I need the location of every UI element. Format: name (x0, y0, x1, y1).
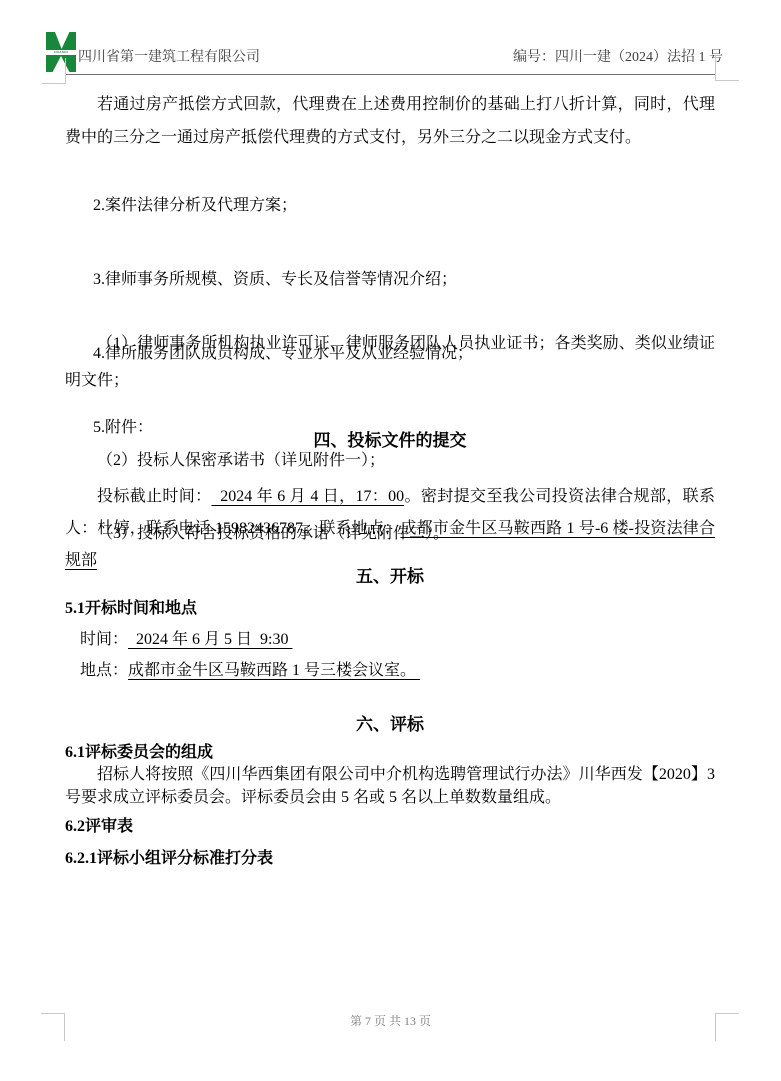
header-divider (65, 74, 715, 75)
bid-opening-place-row: 地点：成都市金牛区马鞍西路 1 号三楼会议室。 (80, 659, 720, 683)
bid-opening-time-row: 时间： 2024 年 6 月 5 日 9:30 (80, 628, 720, 652)
header-doc-number: 编号：四川一建（2024）法招 1 号 (513, 46, 723, 66)
logo-top-notch (46, 32, 76, 50)
list-item: 2.案件法律分析及代理方案； (65, 194, 715, 218)
header-company-name: 四川省第一建筑工程有限公司 (78, 46, 260, 66)
crop-mark-top-left (42, 58, 66, 84)
subsection-title-committee: 6.1评标委员会的组成 (65, 742, 715, 764)
list-item: （1）律师事务所机构执业许可证、律师服务团队人员执业证书；各类奖励、类似业绩证明… (65, 325, 715, 399)
section-title-evaluation: 六、评标 (65, 714, 715, 736)
section-title-bid-opening: 五、开标 (65, 566, 715, 588)
document-page: { "header": { "logo_text": "HUASHI", "co… (0, 0, 781, 1081)
place-value: 成都市金牛区马鞍西路 1 号三楼会议室。 (128, 662, 420, 679)
subsection-title-time-place: 5.1开标时间和地点 (65, 598, 715, 620)
logo-band: HUASHI (46, 50, 76, 56)
time-value: 2024 年 6 月 5 日 9:30 (128, 631, 292, 648)
paragraph-committee: 招标人将按照《四川华西集团有限公司中介机构选聘管理试行办法》川华西发【2020】… (65, 764, 715, 809)
paragraph-submission-deadline: 投标截止时间： 2024 年 6 月 4 日，17：00。密封提交至我公司投资法… (65, 481, 715, 577)
list-item: （2）投标人保密承诺书（详见附件一）； (65, 449, 715, 473)
subsection-title-scoring-table: 6.2.1评标小组评分标准打分表 (65, 848, 715, 870)
logo-text: HUASHI (54, 51, 68, 54)
place-label: 地点： (80, 662, 128, 679)
text-segment: 投标截止时间： (97, 488, 212, 505)
crop-mark-top-right (715, 55, 739, 81)
underlined-text: 2024 年 6 月 4 日，17：00 (212, 488, 405, 505)
paragraph-repayment-terms: 若通过房产抵偿方式回款，代理费在上述费用控制价的基础上打八折计算，同时，代理费中… (65, 88, 715, 154)
time-label: 时间： (80, 631, 128, 648)
section-title-submission: 四、投标文件的提交 (65, 430, 715, 452)
subsection-title-review-table: 6.2评审表 (65, 816, 715, 838)
page-number: 第 7 页 共 13 页 (0, 1012, 781, 1029)
